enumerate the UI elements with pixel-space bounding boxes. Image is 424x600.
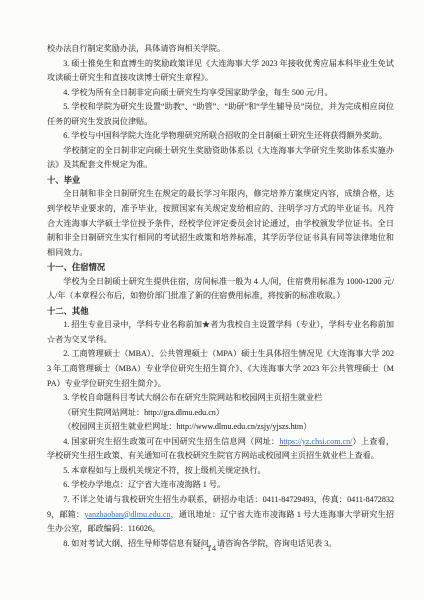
para-other-item-3-campus-site-url: （校园网主页招生就业栏网址：http://www.dlmu.edu.cn/zsj… xyxy=(47,420,394,435)
para-other-item-7: 7. 不详之处请与我校研究生招生办联系，研招办电话：0411-84729493，… xyxy=(47,493,394,537)
para-scholarship-item-4: 4. 学校为所有全日制非定向硕士研究生均享受国家助学金，每生 500 元/月。 xyxy=(47,86,394,101)
para-other-item-2: 2. 工商管理硕士（MBA）、公共管理硕士（MPA）硕士生具体招生情况见《大连海… xyxy=(47,347,394,391)
text-run: 4. 学校为所有全日制非定向硕士研究生均享受国家助学金，每生 500 元/月。 xyxy=(63,88,332,97)
para-scholarship-item-6: 6. 学校与中国科学院大连化学物理研究所联合招收的全日制硕士研究生还将获得额外奖… xyxy=(47,129,394,144)
heading-section-11-accommodation: 十一、住宿情况 xyxy=(47,260,394,275)
link-chsi-url[interactable]: https://yz.chsi.com.cn/ xyxy=(279,437,352,446)
text-run: 5. 学校和学院为研究生设置“助教”、“助管”、“助研”和“学生辅导员”岗位，并… xyxy=(47,102,394,126)
text-run: 5. 本章程如与上级机关规定不符，按上级机关规定执行。 xyxy=(63,466,265,475)
para-continuation-scholarship: 校办法自行制定奖励办法，具体请咨询相关学院。 xyxy=(47,42,394,57)
para-other-item-3: 3. 学校自命题科目考试大纲公布在研究生院网站和校园网主页招生就业栏 xyxy=(47,391,394,406)
text-run: 1. 招生专业目录中，学科专业名称前加★者为我校自主设置学科（专业），学科专业名… xyxy=(47,320,394,344)
text-run: 十、毕业 xyxy=(47,175,80,185)
heading-section-12-other: 十二、其他 xyxy=(47,304,394,319)
para-graduation-policy: 全日制和非全日制研究生在规定的最长学习年限内，修完培养方案规定内容，成绩合格，达… xyxy=(47,187,394,260)
para-scholarship-system: 学校制定的全日制非定向硕士研究生奖励资助体系以《大连海事大学研究生奖助体系实施办… xyxy=(47,144,394,173)
para-other-item-4: 4. 国家研究生招生政策可在中国研究生招生信息网（网址：https://yz.c… xyxy=(47,435,394,464)
text-run: （研究生院网站网址：http://gra.dlmu.edu.cn） xyxy=(63,408,224,417)
text-run: 2. 工商管理硕士（MBA）、公共管理硕士（MPA）硕士生具体招生情况见《大连海… xyxy=(47,349,394,387)
link-email[interactable]: yanzhaoban@dlmu.edu.cn xyxy=(84,510,170,519)
para-scholarship-item-3: 3. 硕士推免生和直博生的奖励政策详见《大连海事大学 2023 年接收优秀应届本… xyxy=(47,57,394,86)
para-other-item-1: 1. 招生专业目录中，学科专业名称前加★者为我校自主设置学科（专业），学科专业名… xyxy=(47,318,394,347)
document-page: 校办法自行制定奖励办法，具体请咨询相关学院。3. 硕士推免生和直博生的奖励政策详… xyxy=(0,0,424,600)
text-run: 校办法自行制定奖励办法，具体请咨询相关学院。 xyxy=(47,44,225,53)
page-body: 校办法自行制定奖励办法，具体请咨询相关学院。3. 硕士推免生和直博生的奖励政策详… xyxy=(47,42,394,551)
text-run: （校园网主页招生就业栏网址：http://www.dlmu.edu.cn/zsj… xyxy=(63,422,311,431)
text-run: 学校为全日制硕士研究生提供住宿，房间标准一般为 4 人/间，住宿费用标准为 10… xyxy=(47,277,394,301)
text-run: 十一、住宿情况 xyxy=(47,262,105,272)
page-number: - 14 - xyxy=(0,544,424,553)
text-run: 6. 学校与中国科学院大连化学物理研究所联合招收的全日制硕士研究生还将获得额外奖… xyxy=(63,131,387,140)
text-run: 6. 学校办学地点：辽宁省大连市凌海路 1 号。 xyxy=(63,480,225,489)
text-run: 4. 国家研究生招生政策可在中国研究生招生信息网（网址： xyxy=(63,437,279,446)
text-run: 3. 学校自命题科目考试大纲公布在研究生院网站和校园网主页招生就业栏 xyxy=(63,393,322,402)
text-run: 学校制定的全日制非定向硕士研究生奖励资助体系以《大连海事大学研究生奖助体系实施办… xyxy=(47,146,394,170)
text-run: 十二、其他 xyxy=(47,306,89,316)
para-other-item-3-grad-site-url: （研究生院网站网址：http://gra.dlmu.edu.cn） xyxy=(47,406,394,421)
para-other-item-5: 5. 本章程如与上级机关规定不符，按上级机关规定执行。 xyxy=(47,464,394,479)
para-accommodation: 学校为全日制硕士研究生提供住宿，房间标准一般为 4 人/间，住宿费用标准为 10… xyxy=(47,275,394,304)
text-run: 3. 硕士推免生和直博生的奖励政策详见《大连海事大学 2023 年接收优秀应届本… xyxy=(47,59,394,83)
para-scholarship-item-5: 5. 学校和学院为研究生设置“助教”、“助管”、“助研”和“学生辅导员”岗位，并… xyxy=(47,100,394,129)
para-other-item-6: 6. 学校办学地点：辽宁省大连市凌海路 1 号。 xyxy=(47,478,394,493)
heading-section-10-graduation: 十、毕业 xyxy=(47,173,394,188)
text-run: 全日制和非全日制研究生在规定的最长学习年限内，修完培养方案规定内容，成绩合格，达… xyxy=(47,189,394,256)
